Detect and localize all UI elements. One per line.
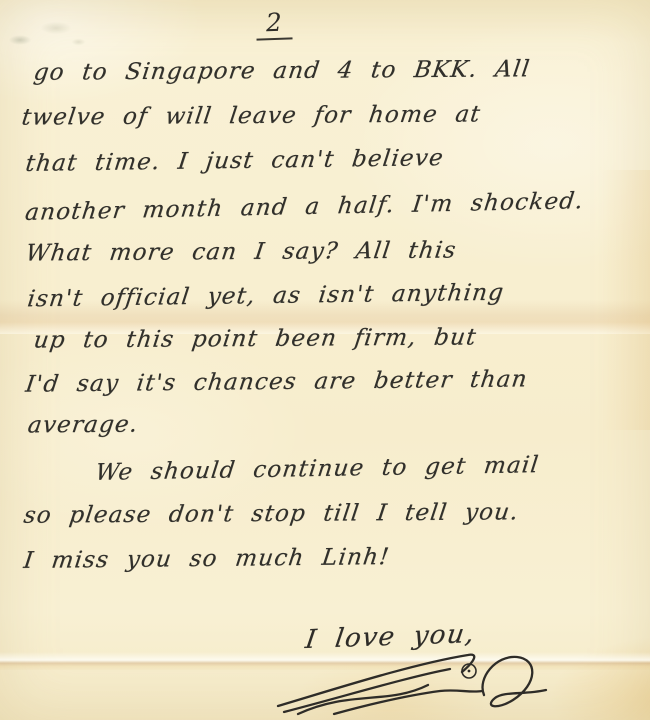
paper-smudge <box>2 12 92 52</box>
handwritten-line: isn't official yet, as isn't anything <box>26 280 506 313</box>
paper-stain <box>600 170 650 430</box>
handwritten-line: What more can I say? All this <box>24 237 458 266</box>
handwritten-line: go to Singapore and 4 to BKK. All <box>32 56 532 85</box>
handwritten-line: that time. I just can't believe <box>24 145 445 177</box>
handwritten-line: I miss you so much Linh! <box>22 544 391 574</box>
page-number: 2 <box>255 7 292 40</box>
handwritten-line: twelve of will leave for home at <box>20 101 482 130</box>
signature-flourish-icon <box>272 650 552 718</box>
letter-page: 2 go to Singapore and 4 to BKK. All twel… <box>0 0 650 720</box>
handwritten-line: average. <box>26 412 140 439</box>
signature-scrawl <box>272 650 552 718</box>
handwritten-line: another month and a half. I'm shocked. <box>24 188 586 226</box>
handwritten-line: We should continue to get mail <box>94 452 541 486</box>
handwritten-line: so please don't stop till I tell you. <box>22 499 520 528</box>
handwritten-line: I'd say it's chances are better than <box>24 366 529 397</box>
handwritten-line: up to this point been firm, but <box>32 324 478 353</box>
